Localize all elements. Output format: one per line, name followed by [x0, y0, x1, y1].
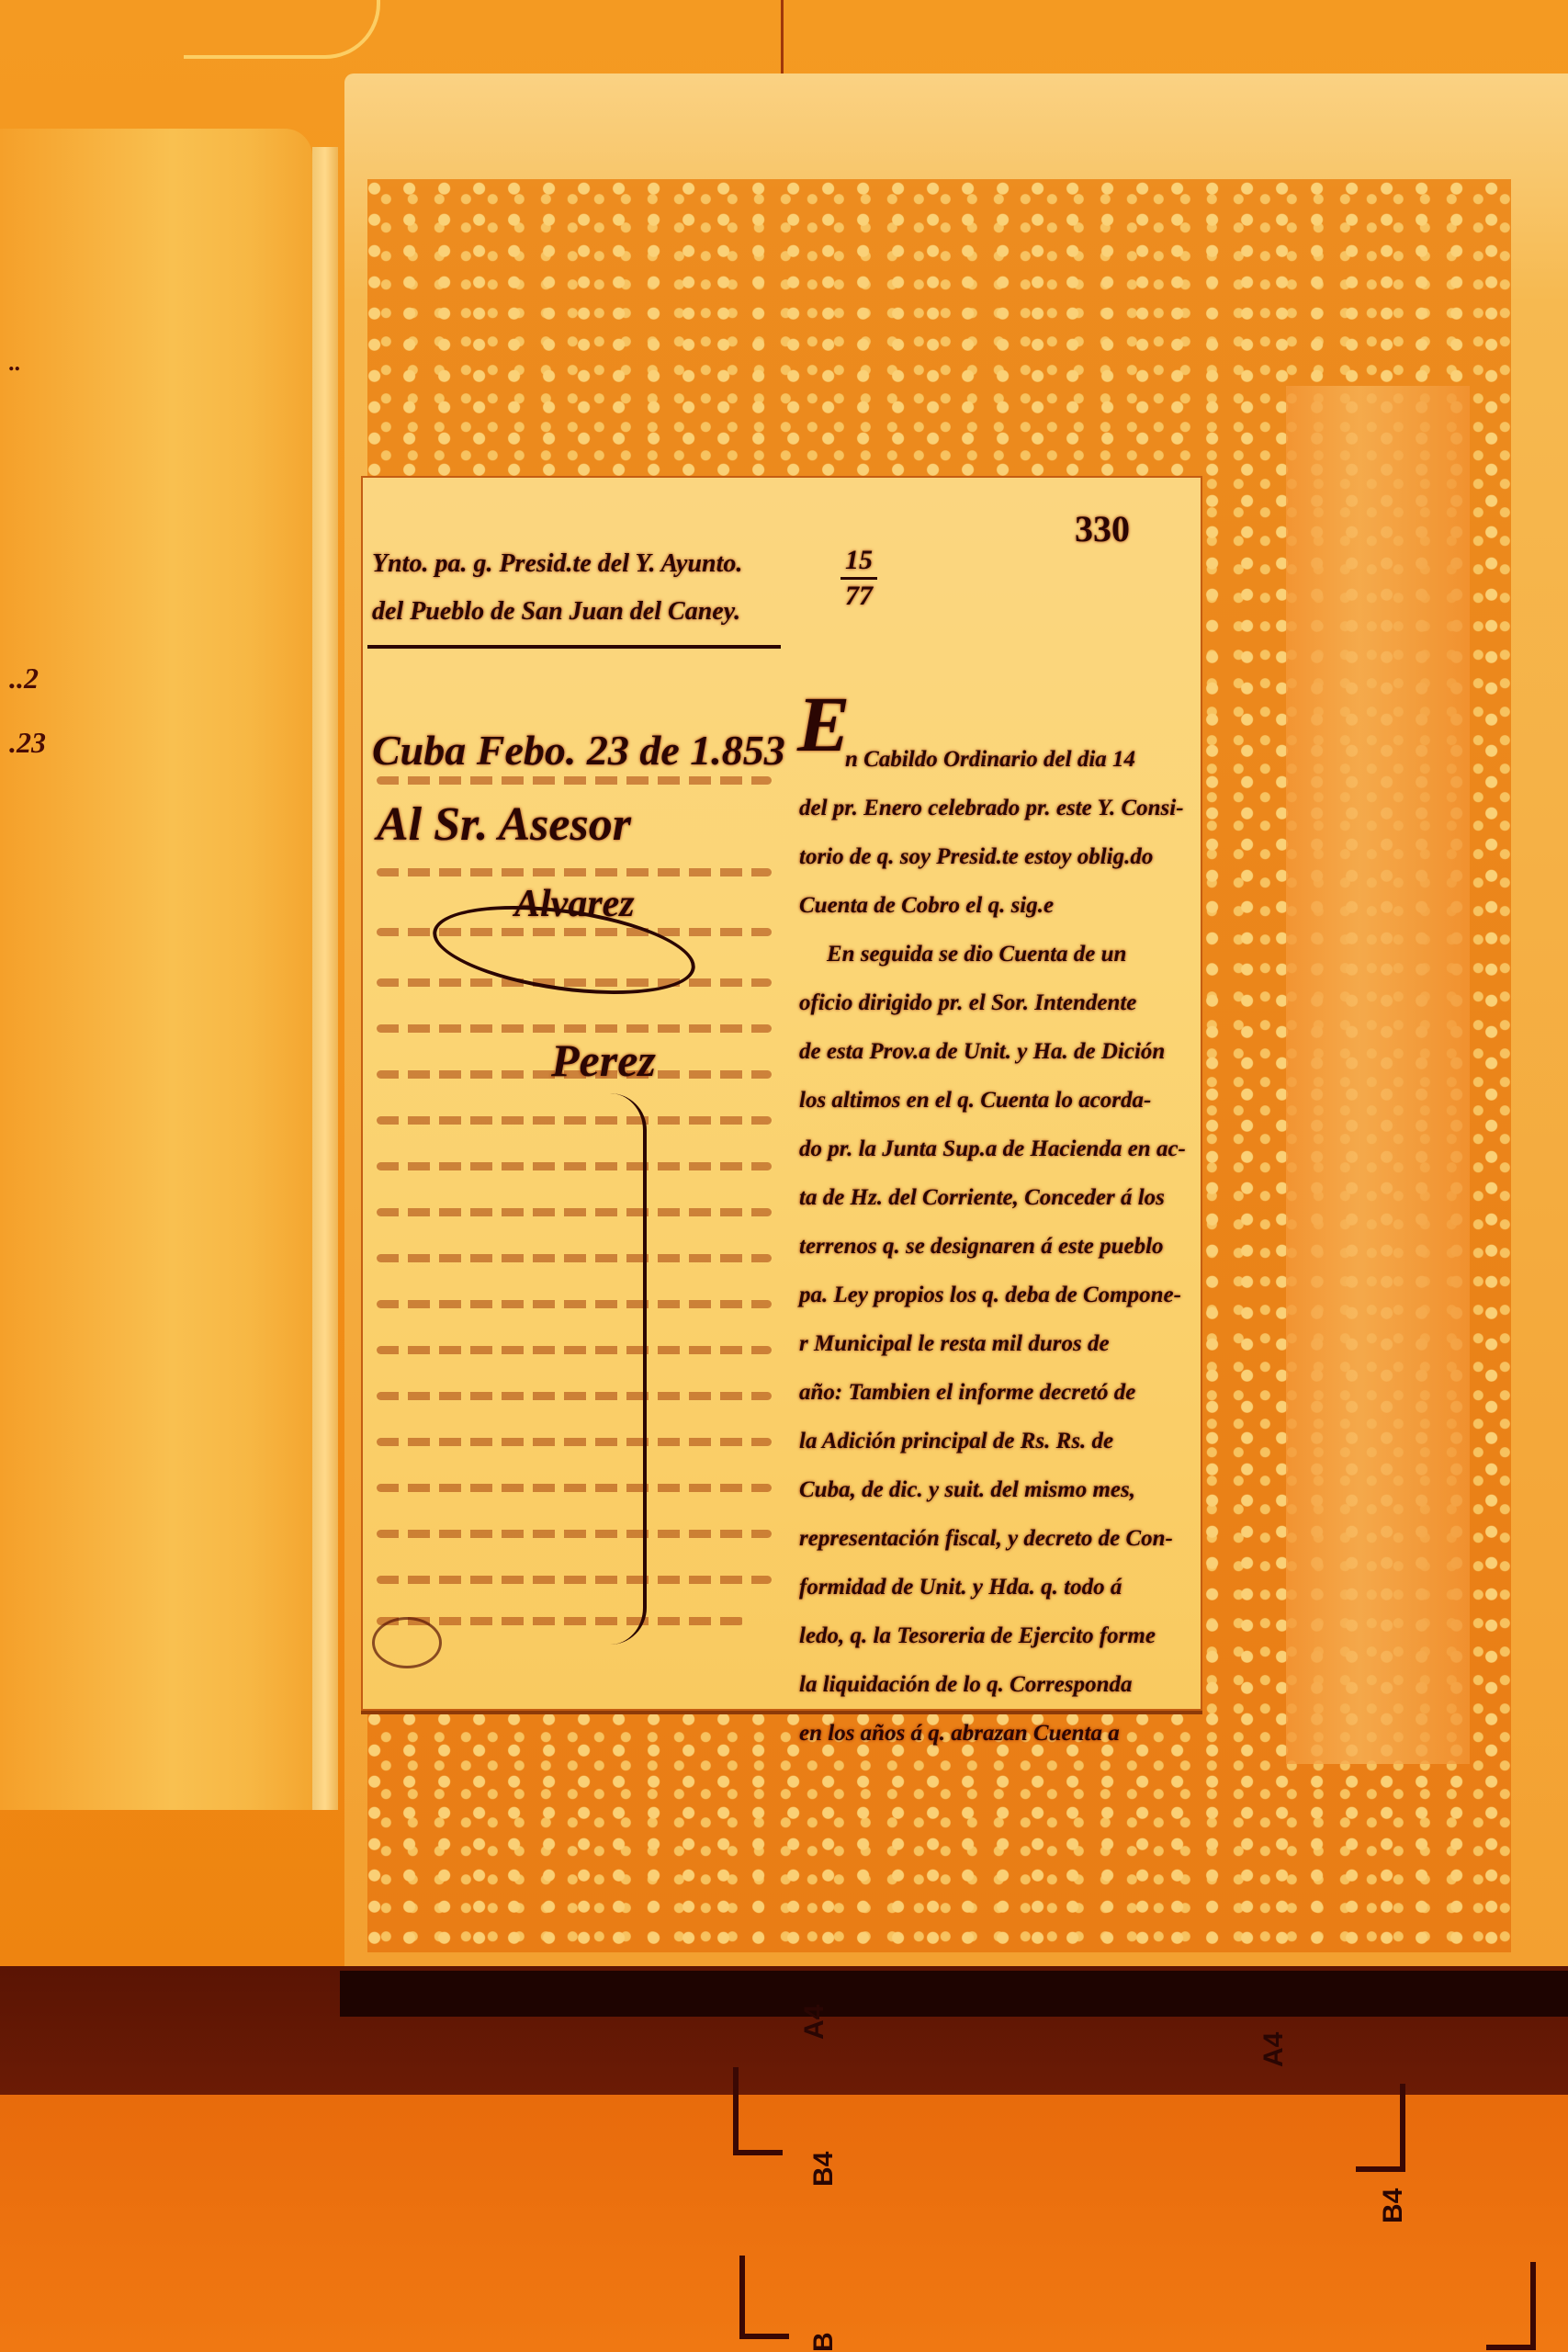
- page-number: 330: [1075, 507, 1130, 550]
- body-line: representación fiscal, y decreto de Con-: [799, 1514, 1194, 1563]
- body-line: terrenos q. se designaren á este pueblo: [799, 1222, 1194, 1271]
- addressee: Al Sr. Asesor: [377, 797, 631, 852]
- manuscript-body: n Cabildo Ordinario del dia 14 del pr. E…: [799, 735, 1194, 1758]
- calibration-label: B4: [1378, 2188, 1409, 2223]
- date-line: Cuba Febo. 23 de 1.853: [372, 726, 785, 775]
- folio-fraction: 15 77: [840, 544, 877, 613]
- body-line: ta de Hz. del Corriente, Conceder á los: [799, 1173, 1194, 1222]
- bleed-through-line: [377, 776, 772, 785]
- fraction-bar: [840, 577, 877, 580]
- calibration-corner-mark: [1356, 2084, 1405, 2172]
- left-page-marginal-mark: ..: [9, 349, 21, 377]
- body-line: formidad de Unit. y Hda. q. todo á: [799, 1563, 1194, 1611]
- calibration-label: B4: [808, 2152, 840, 2187]
- body-line: año: Tambien el informe decretó de: [799, 1368, 1194, 1417]
- calibration-corner-mark: [739, 2256, 789, 2339]
- calibration-label: B: [808, 2332, 840, 2352]
- folder-shadow-edge: [340, 1971, 1568, 2017]
- body-line: n Cabildo Ordinario del dia 14: [799, 735, 1194, 784]
- bleed-through-line: [377, 1530, 772, 1538]
- bleed-through-line: [377, 1300, 772, 1308]
- body-line: oficio dirigido pr. el Sor. Intendente: [799, 978, 1194, 1027]
- body-line: pa. Ley propios los q. deba de Compone-: [799, 1271, 1194, 1319]
- bleed-through-line: [377, 1392, 772, 1400]
- body-line: los altimos en el q. Cuenta lo acorda-: [799, 1076, 1194, 1125]
- folio-denominator: 77: [845, 581, 873, 611]
- left-page-marginal-mark: ..2: [9, 661, 39, 695]
- bleed-through-line: [377, 1208, 772, 1216]
- body-line: Cuenta de Cobro el q. sig.e: [799, 881, 1194, 930]
- bleed-through-line: [377, 1484, 772, 1492]
- body-line: r Municipal le resta mil duros de: [799, 1319, 1194, 1368]
- folio-numerator: 15: [845, 545, 873, 575]
- body-line: Cuba, de dic. y suit. del mismo mes,: [799, 1465, 1194, 1514]
- bleed-through-line: [377, 1024, 772, 1033]
- heading-underline: [367, 645, 781, 649]
- left-page-marginal-mark: .23: [9, 726, 46, 760]
- bleed-through-line: [377, 1116, 772, 1125]
- body-line: la Adición principal de Rs. Rs. de: [799, 1417, 1194, 1465]
- body-line: do pr. la Junta Sup.a de Hacienda en ac-: [799, 1125, 1194, 1173]
- calibration-corner-mark: [733, 2067, 783, 2155]
- body-line: ledo, q. la Tesoreria de Ejercito forme: [799, 1611, 1194, 1660]
- bleed-through-line: [377, 1576, 772, 1584]
- left-book-page: [0, 129, 312, 1810]
- body-line: en los años á q. abrazan Cuenta a: [799, 1709, 1194, 1758]
- backing-paper-stripe: [1286, 386, 1470, 1764]
- document-heading: Ynto. pa. g. Presid.te del Y. Ayunto. de…: [372, 540, 742, 636]
- body-line: de esta Prov.a de Unit. y Ha. de Dición: [799, 1027, 1194, 1076]
- bleed-through-line: [377, 868, 772, 876]
- bleed-through-line: [377, 1162, 772, 1170]
- signature-tail-flourish: [588, 1093, 647, 1645]
- body-line: En seguida se dio Cuenta de un: [799, 930, 1194, 978]
- corner-flourish: [372, 1617, 442, 1668]
- bleed-through-line: [377, 1438, 772, 1446]
- calibration-label: A4: [1258, 2032, 1290, 2067]
- body-line: del pr. Enero celebrado pr. este Y. Cons…: [799, 784, 1194, 832]
- bleed-through-line: [377, 1254, 772, 1262]
- calibration-corner-mark: [1486, 2262, 1536, 2350]
- heading-line: del Pueblo de San Juan del Caney.: [372, 588, 742, 636]
- calibration-label: A4: [799, 2005, 830, 2040]
- signature: Perez: [551, 1034, 656, 1087]
- background-rod: [781, 0, 784, 73]
- loose-thread: [184, 0, 380, 59]
- body-line: la liquidación de lo q. Corresponda: [799, 1660, 1194, 1709]
- book-spine: [312, 147, 338, 1810]
- body-line: torio de q. soy Presid.te estoy oblig.do: [799, 832, 1194, 881]
- heading-line: Ynto. pa. g. Presid.te del Y. Ayunto.: [372, 540, 742, 588]
- bleed-through-line: [377, 1346, 772, 1354]
